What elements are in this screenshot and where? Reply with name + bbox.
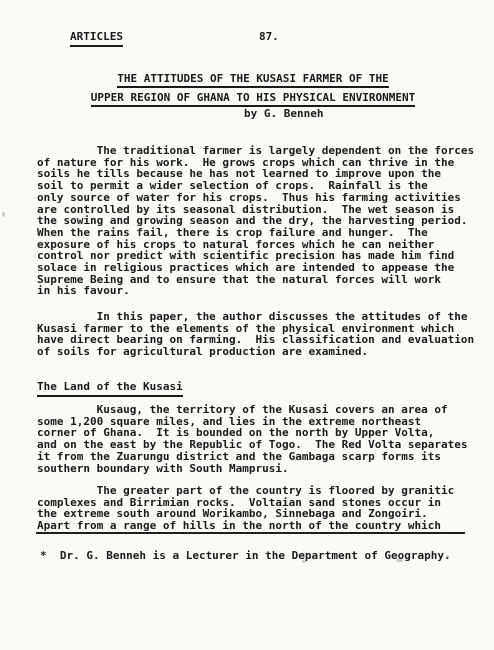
scan-speck [396, 559, 403, 562]
footnote: * Dr. G. Benneh is a Lecturer in the Dep… [40, 550, 451, 562]
article-title-line-1-text: THE ATTITUDES OF THE KUSASI FARMER OF TH… [117, 73, 389, 88]
article-title-line-2-text: UPPER REGION OF GHANA TO HIS PHYSICAL EN… [91, 92, 416, 107]
footnote-separator [36, 532, 465, 534]
page-number: 87. [259, 31, 279, 43]
paragraph-4: The greater part of the country is floor… [37, 485, 454, 532]
article-title-line-1: THE ATTITUDES OF THE KUSASI FARMER OF TH… [12, 73, 494, 88]
scan-speck [446, 555, 449, 558]
scan-speck [302, 560, 306, 563]
paragraph-2: In this paper, the author discusses the … [37, 311, 474, 358]
byline: by G. Benneh [244, 108, 323, 120]
scanned-article-page: ARTICLES 87. THE ATTITUDES OF THE KUSASI… [0, 0, 494, 650]
article-title-line-2: UPPER REGION OF GHANA TO HIS PHYSICAL EN… [12, 92, 494, 107]
scan-speck [2, 212, 5, 217]
paragraph-3: Kusaug, the territory of the Kusasi cove… [37, 404, 467, 474]
section-heading-text: The Land of the Kusasi [37, 381, 183, 397]
running-head: ARTICLES [70, 31, 123, 47]
section-heading: The Land of the Kusasi [37, 381, 183, 397]
paragraph-1: The traditional farmer is largely depend… [37, 145, 474, 297]
article-title: THE ATTITUDES OF THE KUSASI FARMER OF TH… [0, 73, 494, 111]
